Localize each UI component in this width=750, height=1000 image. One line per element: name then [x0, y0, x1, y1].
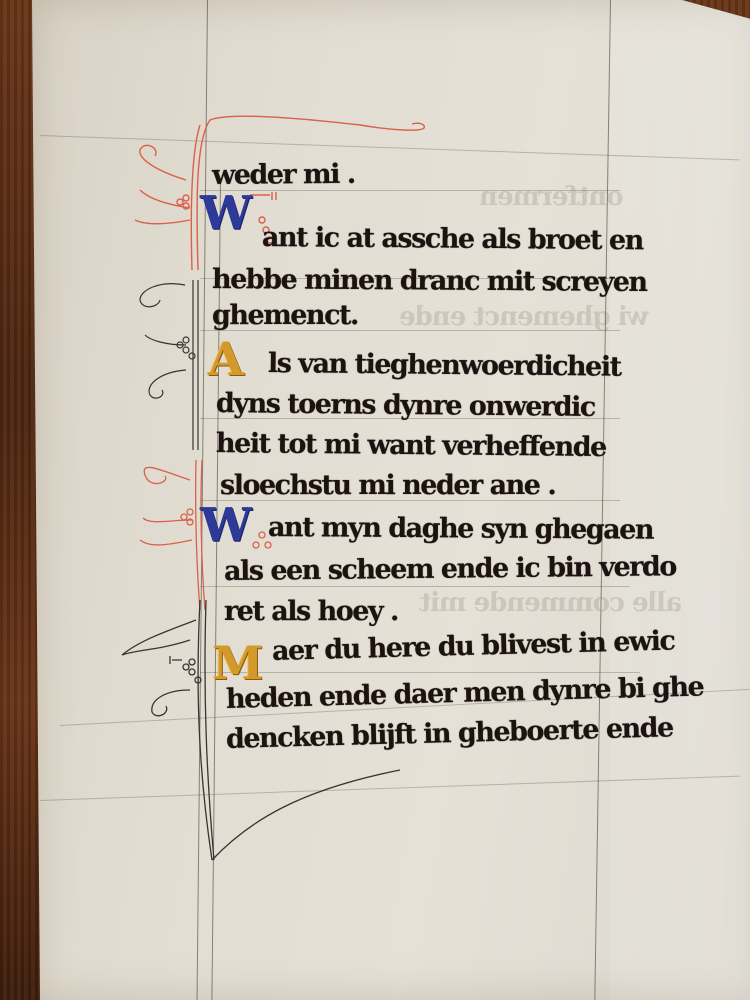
initial-a-gold: A [196, 336, 256, 382]
initial-m-gold: M [206, 640, 270, 686]
text-line: hebbe minen dranc mit screyen [212, 264, 647, 298]
initial-w-blue: W [196, 502, 256, 548]
text-line: dyns toerns dynre onwerdic [216, 388, 595, 423]
text-line: ret als hoey . [224, 596, 398, 627]
text-line: sloechstu mi neder ane . [220, 470, 555, 501]
text-line: ls van tieghenwoerdicheit [268, 348, 621, 383]
black-penwork-a [140, 280, 198, 450]
text-line: heit tot mi want verheffende [216, 428, 606, 463]
text-line: ant myn daghe syn ghegaen [268, 512, 653, 546]
text-line: ghemenct. [212, 300, 358, 331]
text-line: als een scheem ende ic bin verdo [224, 551, 676, 587]
text-line: ant ic at assche als broet en [262, 222, 643, 256]
initial-w-blue: W [196, 190, 256, 236]
